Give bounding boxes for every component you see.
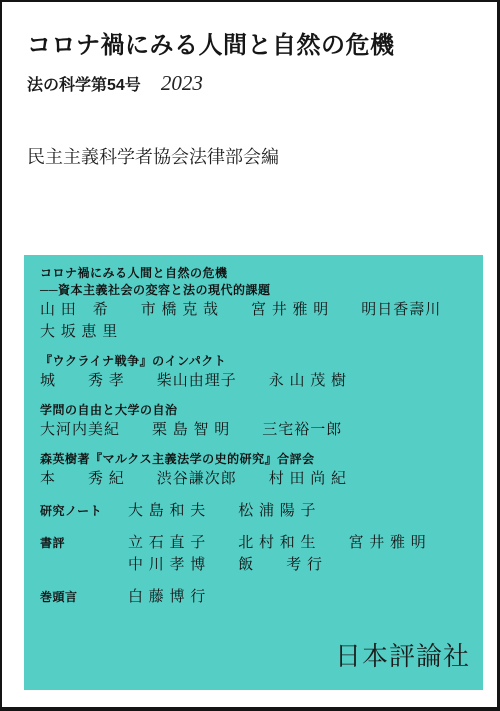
- year-label: 2023: [161, 71, 203, 96]
- toc-authors: 中 川 孝 博 飯 考 行: [128, 554, 467, 576]
- toc-row-label: 研究ノート: [40, 502, 128, 519]
- toc-row-authors: 立 石 直 子 北 村 和 生 宮 井 雅 明 中 川 孝 博 飯 考 行: [128, 532, 467, 576]
- toc-row-foreword: 巻頭言 白 藤 博 行: [40, 586, 467, 608]
- toc-row-label: 書評: [40, 534, 128, 551]
- toc-subheading: ──資本主義社会の変容と法の現代的課題: [40, 282, 467, 299]
- series-line: 法の科学第54号 2023: [27, 71, 497, 96]
- toc-authors: 本 秀 紀 渋谷謙次郎 村 田 尚 紀: [40, 468, 467, 490]
- toc-authors: 大 坂 恵 里: [40, 321, 467, 343]
- toc-heading: コロナ禍にみる人間と自然の危機: [40, 265, 467, 282]
- editor-label: 民主主義科学者協会法律部会編: [27, 143, 497, 169]
- title-block: コロナ禍にみる人間と自然の危機 法の科学第54号 2023 民主主義科学者協会法…: [2, 2, 497, 169]
- toc-authors: 立 石 直 子 北 村 和 生 宮 井 雅 明: [128, 532, 467, 554]
- book-cover: コロナ禍にみる人間と自然の危機 法の科学第54号 2023 民主主義科学者協会法…: [0, 0, 500, 711]
- toc-authors: 山 田 希 市 橋 克 哉 宮 井 雅 明 明日香壽川: [40, 299, 467, 321]
- toc-authors: 城 秀 孝 柴山由理子 永 山 茂 樹: [40, 370, 467, 392]
- toc-authors: 大 島 和 夫 松 浦 陽 子: [128, 500, 467, 522]
- series-label: 法の科学第54号: [27, 72, 141, 95]
- toc-section-academic-freedom: 学問の自由と大学の自治 大河内美紀 栗 島 智 明 三宅裕一郎: [40, 402, 467, 441]
- book-title: コロナ禍にみる人間と自然の危機: [27, 32, 497, 60]
- toc-section-corona: コロナ禍にみる人間と自然の危機 ──資本主義社会の変容と法の現代的課題 山 田 …: [40, 265, 467, 343]
- toc-section-marxist-law: 森英樹著『マルクス主義法学の史的研究』合評会 本 秀 紀 渋谷謙次郎 村 田 尚…: [40, 451, 467, 490]
- toc-row-book-review: 書評 立 石 直 子 北 村 和 生 宮 井 雅 明 中 川 孝 博 飯 考 行: [40, 532, 467, 576]
- toc-section-ukraine: 『ウクライナ戦争』のインパクト 城 秀 孝 柴山由理子 永 山 茂 樹: [40, 353, 467, 392]
- toc-authors: 白 藤 博 行: [128, 586, 467, 608]
- toc-row-authors: 白 藤 博 行: [128, 586, 467, 608]
- toc-heading: 学問の自由と大学の自治: [40, 402, 467, 419]
- toc-heading: 『ウクライナ戦争』のインパクト: [40, 353, 467, 370]
- contents-panel: コロナ禍にみる人間と自然の危機 ──資本主義社会の変容と法の現代的課題 山 田 …: [24, 255, 483, 690]
- publisher-name: 日本評論社: [335, 636, 470, 673]
- toc-authors: 大河内美紀 栗 島 智 明 三宅裕一郎: [40, 419, 467, 441]
- toc-row-label: 巻頭言: [40, 588, 128, 605]
- toc-heading: 森英樹著『マルクス主義法学の史的研究』合評会: [40, 451, 467, 468]
- toc-row-research-note: 研究ノート 大 島 和 夫 松 浦 陽 子: [40, 500, 467, 522]
- toc-row-authors: 大 島 和 夫 松 浦 陽 子: [128, 500, 467, 522]
